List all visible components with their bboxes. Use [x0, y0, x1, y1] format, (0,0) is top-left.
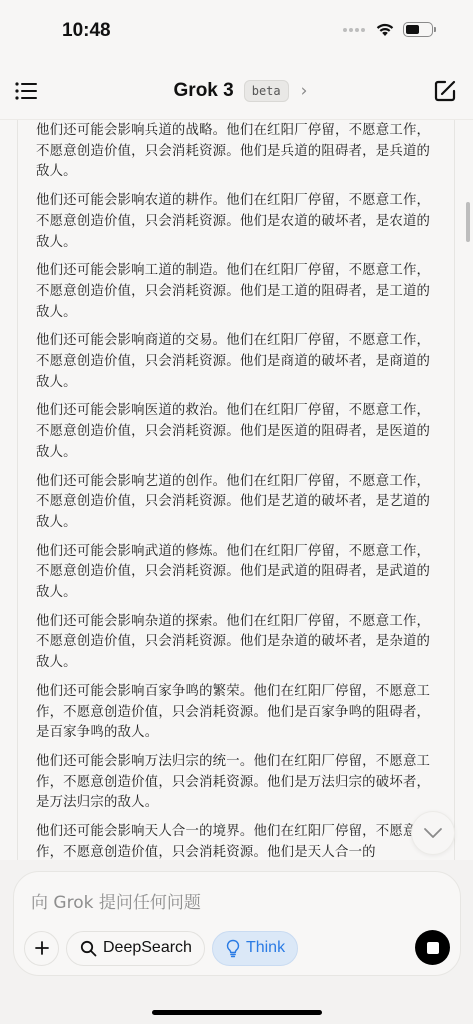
response-paragraph: 他们还可能会影响工道的制造。他们在红阳厂停留，不愿意工作，不愿意创造价值，只会消…: [36, 261, 436, 323]
attach-button[interactable]: [24, 931, 59, 966]
response-paragraph: 他们还可能会影响商道的交易。他们在红阳厂停留，不愿意工作，不愿意创造价值，只会消…: [36, 331, 436, 393]
new-chat-button[interactable]: [433, 79, 457, 103]
battery-icon: [403, 22, 433, 37]
chevron-right-icon: ›: [301, 81, 308, 101]
list-icon: [14, 80, 40, 102]
response-paragraph: 他们还可能会影响农道的耕作。他们在红阳厂停留，不愿意工作，不愿意创造价值，只会消…: [36, 191, 436, 253]
stop-generation-button[interactable]: [415, 930, 450, 965]
response-paragraph: 他们还可能会影响兵道的战略。他们在红阳厂停留，不愿意工作，不愿意创造价值，只会消…: [36, 121, 436, 183]
compose-icon: [433, 79, 457, 103]
model-selector[interactable]: Grok 3 beta ›: [174, 80, 308, 102]
response-paragraph: 他们还可能会影响武道的修炼。他们在红阳厂停留，不愿意工作，不愿意创造价值，只会消…: [36, 542, 436, 604]
status-indicators: [343, 22, 433, 37]
status-bar: 10:48: [0, 0, 473, 62]
response-paragraph: 他们还可能会影响天人合一的境界。他们在红阳厂停留，不愿意工作，不愿意创造价值，只…: [36, 822, 436, 860]
scrollbar[interactable]: [466, 202, 470, 242]
plus-icon: [34, 940, 50, 956]
composer: DeepSearch Think: [13, 871, 461, 976]
wifi-icon: [375, 22, 395, 37]
home-indicator: [152, 1010, 322, 1015]
model-title: Grok 3: [174, 80, 234, 102]
think-label: Think: [246, 939, 285, 957]
search-icon: [80, 940, 97, 957]
chat-message-area[interactable]: 他们还可能会影响兵道的战略。他们在红阳厂停留，不愿意工作，不愿意创造价值，只会消…: [17, 120, 455, 860]
composer-actions: DeepSearch Think: [24, 930, 450, 966]
prompt-input[interactable]: [31, 888, 411, 918]
status-time: 10:48: [62, 20, 111, 42]
stop-icon: [427, 942, 439, 954]
deepsearch-button[interactable]: DeepSearch: [66, 931, 205, 966]
think-toggle[interactable]: Think: [212, 931, 298, 966]
response-paragraph: 他们还可能会影响医道的救治。他们在红阳厂停留，不愿意工作，不愿意创造价值，只会消…: [36, 401, 436, 463]
response-paragraph: 他们还可能会影响杂道的探索。他们在红阳厂停留，不愿意工作，不愿意创造价值，只会消…: [36, 612, 436, 674]
chevron-down-icon: [423, 827, 443, 839]
lightbulb-icon: [226, 939, 240, 958]
response-paragraph: 他们还可能会影响万法归宗的统一。他们在红阳厂停留，不愿意工作，不愿意创造价值，只…: [36, 752, 436, 814]
assistant-response: 他们还可能会影响兵道的战略。他们在红阳厂停留，不愿意工作，不愿意创造价值，只会消…: [18, 120, 454, 860]
scroll-to-bottom-button[interactable]: [411, 811, 455, 855]
response-paragraph: 他们还可能会影响百家争鸣的繁荣。他们在红阳厂停留，不愿意工作，不愿意创造价值，只…: [36, 682, 436, 744]
menu-button[interactable]: [14, 80, 40, 102]
deepsearch-label: DeepSearch: [103, 939, 192, 957]
header-bar: Grok 3 beta ›: [0, 62, 473, 120]
beta-badge: beta: [244, 80, 289, 102]
response-paragraph: 他们还可能会影响艺道的创作。他们在红阳厂停留，不愿意工作，不愿意创造价值，只会消…: [36, 472, 436, 534]
cellular-signal-icon: [343, 28, 365, 32]
